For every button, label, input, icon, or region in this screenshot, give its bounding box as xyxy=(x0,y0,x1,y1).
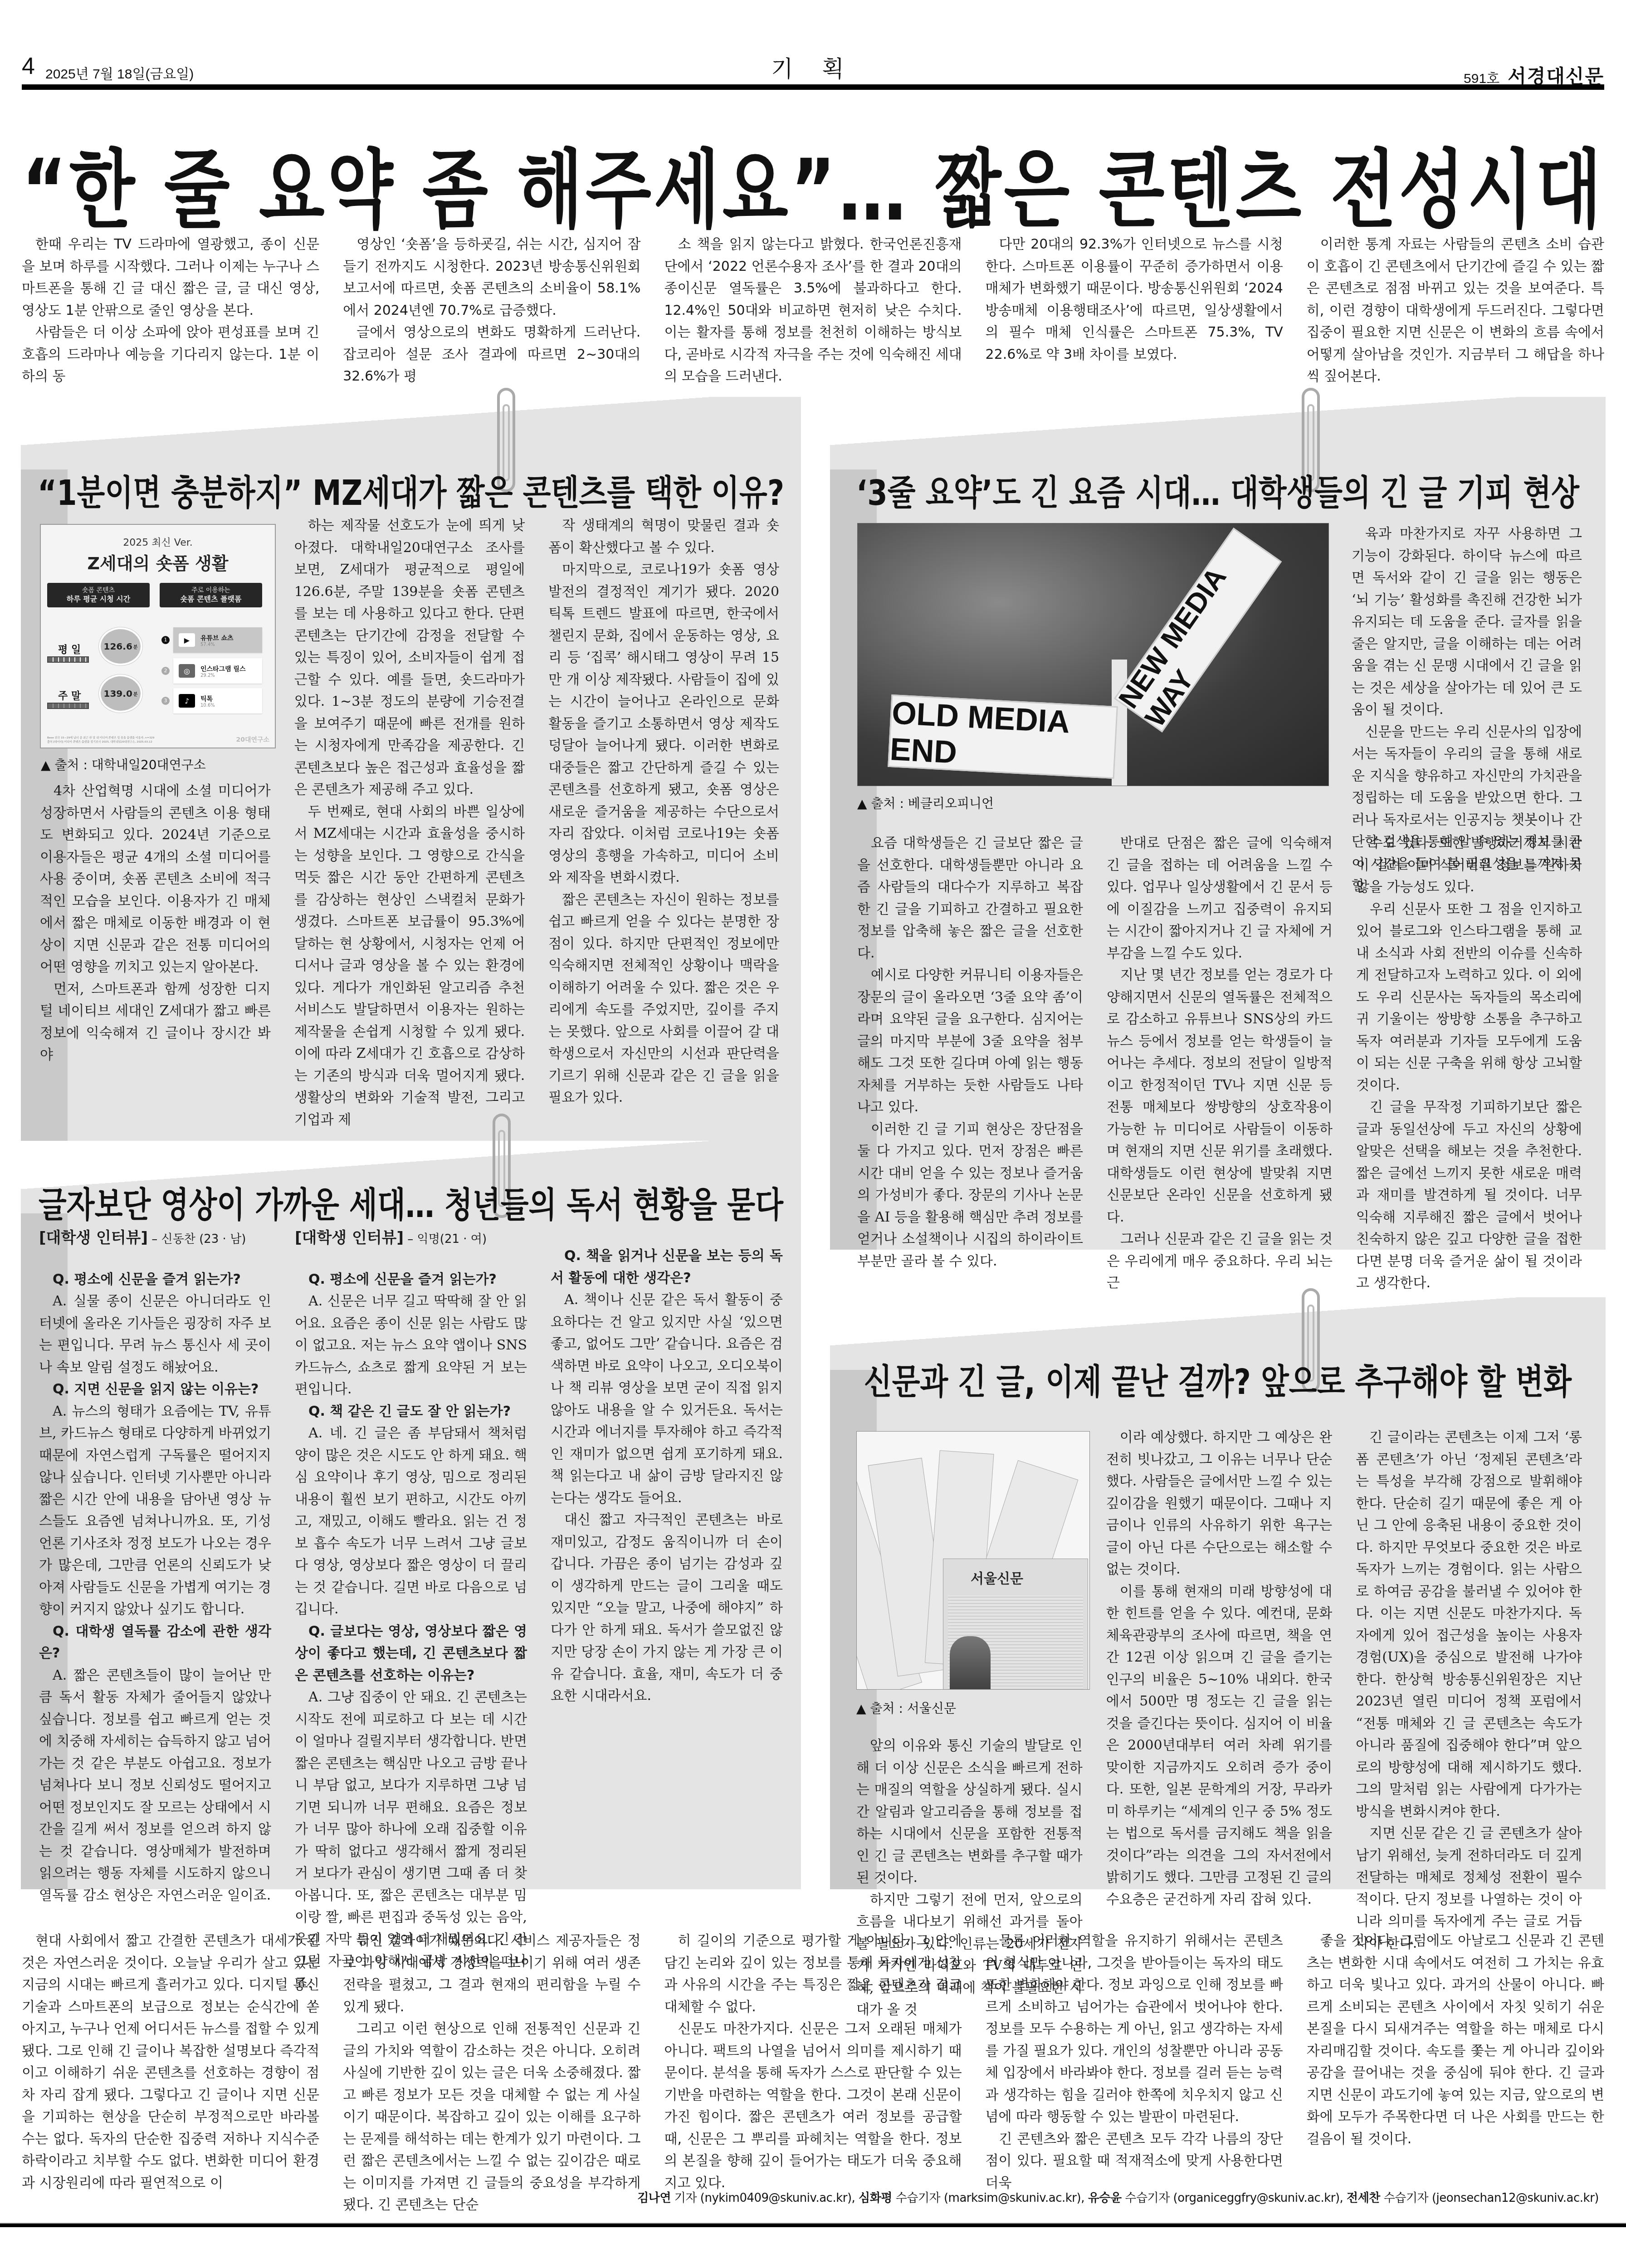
interview-1: [대학생 인터뷰] – 신동찬 (23 · 남)Q. 평소에 신문을 즐겨 읽는… xyxy=(39,1227,271,1871)
interview-question: Q. 평소에 신문을 즐겨 읽는가? xyxy=(39,1269,271,1291)
reporter-role: 기자 xyxy=(671,2191,700,2205)
section-2-title: ‘3줄 요약’도 긴 요즘 시대… 대학생들의 긴 글 기피 현상 xyxy=(830,465,1606,515)
reporter-name: 전세찬 xyxy=(1347,2191,1380,2205)
masthead-rule xyxy=(22,84,1604,90)
intro-columns: 한때 우리는 TV 드라마에 열광했고, 종이 신문을 보며 하루를 시작했다.… xyxy=(22,234,1604,365)
interview-answer: A. 신문은 너무 길고 딱딱해 잘 안 읽어요. 요즘은 종이 신문 읽는 사… xyxy=(295,1290,527,1401)
section-4-col-1: 앞의 이유와 통신 기술의 발달로 인해 더 이상 신문은 소식을 빠르게 전하… xyxy=(856,1427,1083,1876)
closing-col-5: 좋을 것이다. 그럼에도 아날로그 신문과 긴 콘텐츠는 변화한 시대 속에서도… xyxy=(1307,1930,1604,2175)
sign-new-media: NEW MEDIA WAY xyxy=(1114,528,1282,732)
paragraph: 현대 사회에서 짧고 간결한 콘텐츠가 대세가 된 것은 자연스러운 것이다. … xyxy=(22,1930,319,2194)
closing-col-3: 히 길이의 기준으로 평가할 게 아니다. 그 안에 담긴 논리와 깊이 있는 … xyxy=(664,1930,962,2175)
interview-question: Q. 대학생 열독률 감소에 관한 생각은? xyxy=(39,1621,271,1665)
paragraph: 하는 제작물 선호도가 눈에 띄게 낮아졌다. 대학내일20대연구소 조사를 보… xyxy=(294,515,525,801)
paragraph: 수도 있다. 또한 발행하기까지 시간이 걸려 이미 식어버린 정보를 원하지 … xyxy=(1356,832,1582,899)
paragraph: 4차 산업혁명 시대에 소셜 미디어가 성장하면서 사람들의 콘텐츠 이용 형태… xyxy=(40,780,271,978)
section-4-columns: 앞의 이유와 통신 기술의 발달로 인해 더 이상 신문은 소식을 빠르게 전하… xyxy=(856,1427,1582,1876)
closing-col-1: 현대 사회에서 짧고 간결한 콘텐츠가 대세가 된 것은 자연스러운 것이다. … xyxy=(22,1930,319,2175)
paragraph: 예시로 다양한 커뮤니티 이용자들은 장문의 글이 올라오면 ‘3줄 요약 좀’… xyxy=(857,964,1083,1119)
paragraph: 한때 우리는 TV 드라마에 열광했고, 종이 신문을 보며 하루를 시작했다.… xyxy=(22,234,319,322)
interview-heading: [대학생 인터뷰] – 익명(21 · 여) xyxy=(295,1227,527,1251)
interview-heading: [대학생 인터뷰] – 신동찬 (23 · 남) xyxy=(39,1227,271,1251)
interview-question: Q. 지면 신문을 읽지 않는 이유는? xyxy=(39,1378,271,1401)
reporter-role: 수습기자 xyxy=(1122,2191,1173,2205)
section-1-col-2: 하는 제작물 선호도가 눈에 띄게 낮아졌다. 대학내일20대연구소 조사를 보… xyxy=(294,515,525,1139)
section-4-card: 신문과 긴 글, 이제 끝난 걸까? 앞으로 추구해야 할 변화 서울신문 ▲ … xyxy=(830,1325,1606,1889)
interview-answer: A. 책이나 신문 같은 독서 활동이 중요하다는 건 알고 있지만 사실 ‘있… xyxy=(551,1289,783,1509)
section-2-side: 육과 마찬가지로 자꾸 사용하면 그 기능이 강화된다. 하이닥 뉴스에 따르면… xyxy=(1352,523,1582,841)
paragraph: 이러한 긴 글 기피 현상은 장단점을 둘 다 가지고 있다. 먼저 장점은 빠… xyxy=(857,1119,1083,1273)
section-2-side-col: 육과 마찬가지로 자꾸 사용하면 그 기능이 강화된다. 하이닥 뉴스에 따르면… xyxy=(1352,523,1582,841)
paragraph: 히 길이의 기준으로 평가할 게 아니다. 그 안에 담긴 논리와 깊이 있는 … xyxy=(664,1930,962,2018)
interview-question: Q. 글보다는 영상, 영상보다 짧은 영상이 좋다고 했는데, 긴 콘텐츠보다… xyxy=(295,1621,527,1687)
interview-2: [대학생 인터뷰] – 익명(21 · 여)Q. 평소에 신문을 즐겨 읽는가?… xyxy=(295,1227,527,1871)
paragraph: 작 생태계의 혁명이 맞물린 결과 숏폼이 확산했다고 볼 수 있다. xyxy=(548,515,779,559)
intro-col-5: 이러한 통계 자료는 사람들의 콘텐츠 소비 습관이 호흡이 긴 콘텐츠에서 단… xyxy=(1307,234,1604,365)
paragraph: 영상인 ‘숏폼’을 등하굣길, 쉬는 시간, 심지어 잠들기 전까지도 시청한다… xyxy=(343,234,640,322)
section-4-title: 신문과 긴 글, 이제 끝난 걸까? 앞으로 추구해야 할 변화 xyxy=(830,1354,1606,1404)
byline: 김나연 기자 (nykim0409@skuniv.ac.kr), 심화평 수습기… xyxy=(637,2189,1599,2205)
paragraph: 두 번째로, 현대 사회의 바쁜 일상에서 MZ세대는 시간과 효율성을 중시하… xyxy=(294,801,525,1131)
paragraph: 요즘 대학생들은 긴 글보단 짧은 글을 선호한다. 대학생들뿐만 아니라 요즘… xyxy=(857,832,1083,964)
reporter-email[interactable]: (organiceggfry@skuniv.ac.kr), xyxy=(1173,2191,1347,2205)
photo-caption: ▲ 출처 : 베클리오피니언 xyxy=(857,794,994,812)
paragraph: 이러한 통계 자료는 사람들의 콘텐츠 소비 습관이 호흡이 긴 콘텐츠에서 단… xyxy=(1307,234,1604,388)
paragraph: 지난 몇 년간 정보를 얻는 경로가 다양해지면서 신문의 열독률은 전체적으로… xyxy=(1107,964,1333,1228)
intro-col-1: 한때 우리는 TV 드라마에 열광했고, 종이 신문을 보며 하루를 시작했다.… xyxy=(22,234,319,365)
paragraph: 육과 마찬가지로 자꾸 사용하면 그 기능이 강화된다. 하이닥 뉴스에 따르면… xyxy=(1352,523,1582,721)
reporter-name: 김나연 xyxy=(637,2191,671,2205)
paragraph: 소 책을 읽지 않는다고 밝혔다. 한국언론진흥재단에서 ‘2022 언론수용자… xyxy=(664,234,962,388)
paragraph: 긴 글을 무작정 기피하기보단 짧은 글과 동일선상에 두고 자신의 상황에 알… xyxy=(1356,1096,1582,1295)
section-4-col-2: 이라 예상했다. 하지만 그 예상은 완전히 빗나갔고, 그 이유는 너무나 단… xyxy=(1106,1427,1333,1876)
closing-col-2: 뤄진 결과이기 때문이다. 서비스 제공자들은 정보 과잉 시대에서 경쟁력을 … xyxy=(343,1930,640,2175)
interview-2-cont: Q. 책을 읽거나 신문을 보는 등의 독서 활동에 대한 생각은?A. 책이나… xyxy=(551,1227,783,1871)
interview-question: Q. 평소에 신문을 즐겨 읽는가? xyxy=(295,1269,527,1291)
closing-col-4: 물론 이러한 역할을 유지하기 위해서는 콘텐츠의 형식만 아니라, 그것을 받… xyxy=(986,1930,1283,2175)
paragraph: 신문도 마찬가지다. 신문은 그저 오래된 매체가 아니다. 팩트의 나열을 넘… xyxy=(664,2018,962,2194)
paragraph: 짧은 콘텐츠는 자신이 원하는 정보를 쉽고 빠르게 얻을 수 있다는 분명한 … xyxy=(548,889,779,1109)
masthead: 4 2025년 7월 18일(금요일) 기 획 591호 서경대신문 xyxy=(22,49,1604,81)
paragraph: 우리 신문사 또한 그 점을 인지하고 있어 블로그와 인스타그램을 통해 교내… xyxy=(1356,899,1582,1097)
photo-street-signs: OLD MEDIA END NEW MEDIA WAY xyxy=(857,523,1329,786)
section-2-col-1: 요즘 대학생들은 긴 글보단 짧은 글을 선호한다. 대학생들뿐만 아니라 요즘… xyxy=(857,832,1083,1236)
paragraph: 반대로 단점은 짧은 글에 익숙해져 긴 글을 접하는 데 어려움을 느낄 수 … xyxy=(1107,832,1333,964)
section-2-col-3: 수도 있다. 또한 발행하기까지 시간이 걸려 이미 식어버린 정보를 원하지 … xyxy=(1356,832,1582,1236)
paragraph: 물론 이러한 역할을 유지하기 위해서는 콘텐츠의 형식만 아니라, 그것을 받… xyxy=(986,1930,1283,2128)
paragraph: 마지막으로, 코로나19가 숏폼 영상 발전의 결정적인 계기가 됐다. 202… xyxy=(548,559,779,889)
reporter-role: 수습기자 xyxy=(1380,2191,1432,2205)
section-label: 기 획 xyxy=(22,51,1604,83)
intro-col-2: 영상인 ‘숏폼’을 등하굣길, 쉬는 시간, 심지어 잠들기 전까지도 시청한다… xyxy=(343,234,640,365)
section-3-card: 글자보단 영상이 가까운 세대… 청년들의 독서 현황을 묻다 [대학생 인터뷰… xyxy=(21,1159,801,1889)
paragraph: 뤄진 결과이기 때문이다. 서비스 제공자들은 정보 과잉 시대에서 경쟁력을 … xyxy=(343,1930,640,2018)
reporter-name: 유승윤 xyxy=(1088,2191,1122,2205)
section-4-col-3: 긴 글이라는 콘텐츠는 이제 그저 ‘롱폼 콘텐츠’가 아닌 ‘정제된 콘텐츠’… xyxy=(1356,1427,1582,1876)
paragraph: 좋을 것이다. 그럼에도 아날로그 신문과 긴 콘텐츠는 변화한 시대 속에서도… xyxy=(1307,1930,1604,2150)
interview-question: Q. 책을 읽거나 신문을 보는 등의 독서 활동에 대한 생각은? xyxy=(551,1245,783,1289)
reporter-email[interactable]: (nykim0409@skuniv.ac.kr), xyxy=(700,2191,859,2205)
section-3-title: 글자보단 영상이 가까운 세대… 청년들의 독서 현황을 묻다 xyxy=(21,1177,801,1227)
interview-answer: A. 네. 긴 글은 좀 부담돼서 책처럼 양이 많은 것은 시도도 안 하게 … xyxy=(295,1422,527,1621)
paragraph: 그러나 신문과 같은 긴 글을 읽는 것은 우리에게 매우 중요하다. 우리 뇌… xyxy=(1107,1228,1333,1295)
section-1-title: “1분이면 충분하지” MZ세대가 짧은 콘텐츠를 택한 이유? xyxy=(21,465,801,515)
section-1-columns: 4차 산업혁명 시대에 소셜 미디어가 성장하면서 사람들의 콘텐츠 이용 형태… xyxy=(40,515,779,1139)
paragraph: 긴 글이라는 콘텐츠는 이제 그저 ‘롱폼 콘텐츠’가 아닌 ‘정제된 콘텐츠’… xyxy=(1356,1427,1582,1823)
interview-question: Q. 책 같은 긴 글도 잘 안 읽는가? xyxy=(295,1401,527,1423)
sign-old-media: OLD MEDIA END xyxy=(888,694,1118,779)
paragraph: 이를 통해 현재의 미래 방향성에 대한 힌트를 얻을 수 있다. 예컨대, 문… xyxy=(1106,1581,1333,1911)
footer-rule xyxy=(0,2223,1626,2227)
interview-answer: A. 뉴스의 형태가 요즘에는 TV, 유튜브, 카드뉴스 형태로 다양하게 바… xyxy=(39,1401,271,1621)
section-1-card: “1분이면 충분하지” MZ세대가 짧은 콘텐츠를 택한 이유? 2025 최신… xyxy=(21,424,801,1157)
paragraph: 그리고 이런 현상으로 인해 전통적인 신문과 긴 글의 가치와 역할이 감소하… xyxy=(343,2018,640,2216)
section-2-columns: 요즘 대학생들은 긴 글보단 짧은 글을 선호한다. 대학생들뿐만 아니라 요즘… xyxy=(857,832,1582,1236)
reporter-role: 수습기자 xyxy=(892,2191,944,2205)
interview-closing: 대신 짧고 자극적인 콘텐츠는 바로 재미있고, 감정도 움직이니까 더 손이 … xyxy=(551,1509,783,1707)
section-1-col-3: 작 생태계의 혁명이 맞물린 결과 숏폼이 확산했다고 볼 수 있다.마지막으로… xyxy=(548,515,779,1139)
paragraph: 먼저, 스마트폰과 함께 성장한 디지털 네이티브 세대인 Z세대가 짧고 빠른… xyxy=(40,978,271,1066)
section-1-col-1: 4차 산업혁명 시대에 소셜 미디어가 성장하면서 사람들의 콘텐츠 이용 형태… xyxy=(40,515,271,1139)
paragraph: 사람들은 더 이상 소파에 앉아 편성표를 보며 긴 호흡의 드라마나 예능을 … xyxy=(22,322,319,388)
section-2-col-2: 반대로 단점은 짧은 글에 익숙해져 긴 글을 접하는 데 어려움을 느낄 수 … xyxy=(1107,832,1333,1236)
paragraph: 다만 20대의 92.3%가 인터넷으로 뉴스를 시청한다. 스마트폰 이용률이… xyxy=(986,234,1283,366)
intro-col-4: 다만 20대의 92.3%가 인터넷으로 뉴스를 시청한다. 스마트폰 이용률이… xyxy=(986,234,1283,365)
section-3-columns: [대학생 인터뷰] – 신동찬 (23 · 남)Q. 평소에 신문을 즐겨 읽는… xyxy=(39,1227,783,1871)
paragraph: 앞의 이유와 통신 기술의 발달로 인해 더 이상 신문은 소식을 빠르게 전하… xyxy=(856,1735,1083,1889)
main-headline: “한 줄 요약 좀 해주세요”… 짧은 콘텐츠 전성시대 xyxy=(0,122,1626,244)
closing-columns: 현대 사회에서 짧고 간결한 콘텐츠가 대세가 된 것은 자연스러운 것이다. … xyxy=(22,1930,1604,2175)
paragraph: 긴 콘텐츠와 짧은 콘텐츠 모두 각각 나름의 장단점이 있다. 필요할 때 적… xyxy=(986,2128,1283,2195)
section-2-card: ‘3줄 요약’도 긴 요즘 시대… 대학생들의 긴 글 기피 현상 OLD ME… xyxy=(830,424,1606,1250)
paragraph: 글에서 영상으로의 변화도 명확하게 드러난다. 잡코리아 설문 조사 결과에 … xyxy=(343,322,640,388)
reporter-email[interactable]: (jeonsechan12@skuniv.ac.kr) xyxy=(1432,2191,1599,2205)
intro-col-3: 소 책을 읽지 않는다고 밝혔다. 한국언론진흥재단에서 ‘2022 언론수용자… xyxy=(664,234,962,365)
paragraph: 이라 예상했다. 하지만 그 예상은 완전히 빗나갔고, 그 이유는 너무나 단… xyxy=(1106,1427,1333,1581)
interview-answer: A. 실물 종이 신문은 아니더라도 인터넷에 올라온 기사들은 굉장히 자주 … xyxy=(39,1290,271,1378)
interview-answer: A. 짧은 콘텐츠들이 많이 늘어난 만큼 독서 활동 자체가 줄어들지 않았나… xyxy=(39,1665,271,1907)
reporter-name: 심화평 xyxy=(859,2191,892,2205)
reporter-email[interactable]: (marksim@skuniv.ac.kr), xyxy=(944,2191,1088,2205)
